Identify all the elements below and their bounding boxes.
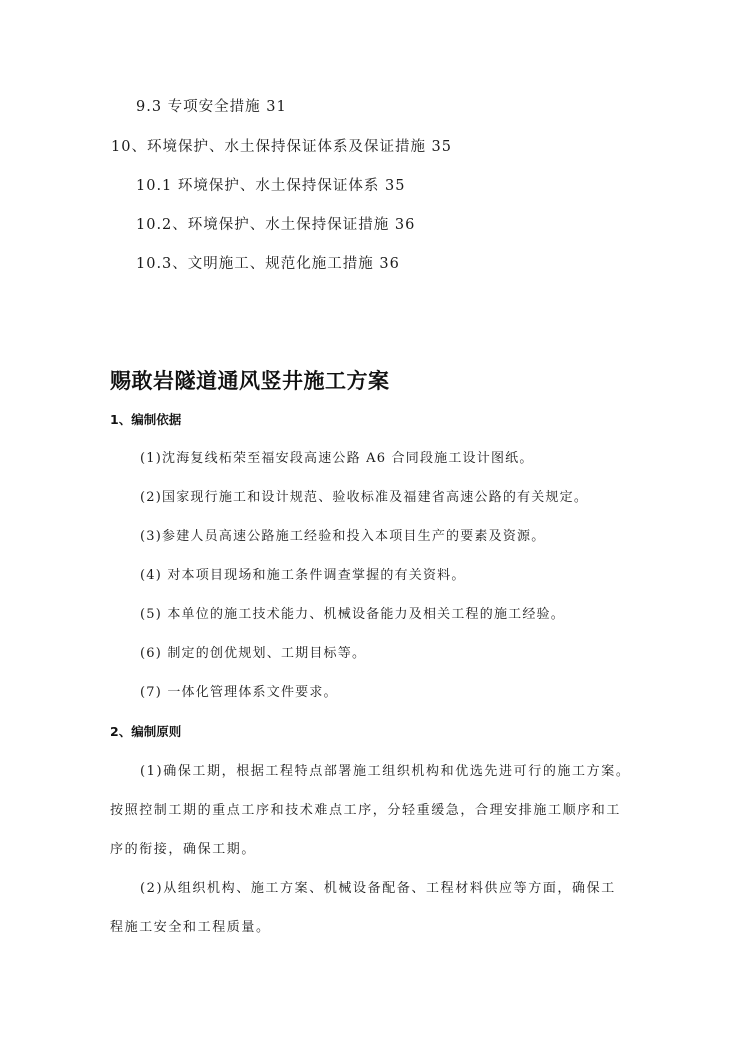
- list-item: (2)国家现行施工和设计规范、验收标准及福建省高速公路的有关规定。: [140, 488, 588, 508]
- paragraph-line: (2)从组织机构、施工方案、机械设备配备、工程材料供应等方面，确保工: [140, 879, 616, 899]
- paragraph-line: (1)确保工期，根据工程特点部署施工组织机构和优选先进可行的施工方案。: [140, 762, 630, 782]
- toc-entry: 9.3 专项安全措施 31: [136, 97, 287, 117]
- section-heading: 1、编制依据: [110, 411, 181, 429]
- toc-entry: 10.2、环境保护、水土保持保证措施 36: [136, 215, 415, 235]
- paragraph-line: 按照控制工期的重点工序和技术难点工序，分轻重缓急，合理安排施工顺序和工: [110, 801, 621, 821]
- list-item: (1)沈海复线柘荣至福安段高速公路 A6 合同段施工设计图纸。: [140, 449, 534, 469]
- toc-entry: 10.1 环境保护、水土保持保证体系 35: [136, 176, 405, 196]
- list-item: (4) 对本项目现场和施工条件调查掌握的有关资料。: [140, 566, 466, 586]
- list-item: (3)参建人员高速公路施工经验和投入本项目生产的要素及资源。: [140, 527, 545, 547]
- section-heading: 2、编制原则: [110, 723, 181, 741]
- paragraph-line: 程施工安全和工程质量。: [110, 918, 271, 938]
- list-item: (6) 制定的创优规划、工期目标等。: [140, 644, 366, 664]
- document-title: 赐敢岩隧道通风竖井施工方案: [110, 367, 390, 395]
- toc-entry: 10.3、文明施工、规范化施工措施 36: [136, 254, 400, 274]
- list-item: (7) 一体化管理体系文件要求。: [140, 683, 338, 703]
- toc-entry: 10、环境保护、水土保持保证体系及保证措施 35: [111, 137, 452, 157]
- paragraph-line: 序的衔接，确保工期。: [110, 840, 256, 860]
- list-item: (5) 本单位的施工技术能力、机械设备能力及相关工程的施工经验。: [140, 605, 565, 625]
